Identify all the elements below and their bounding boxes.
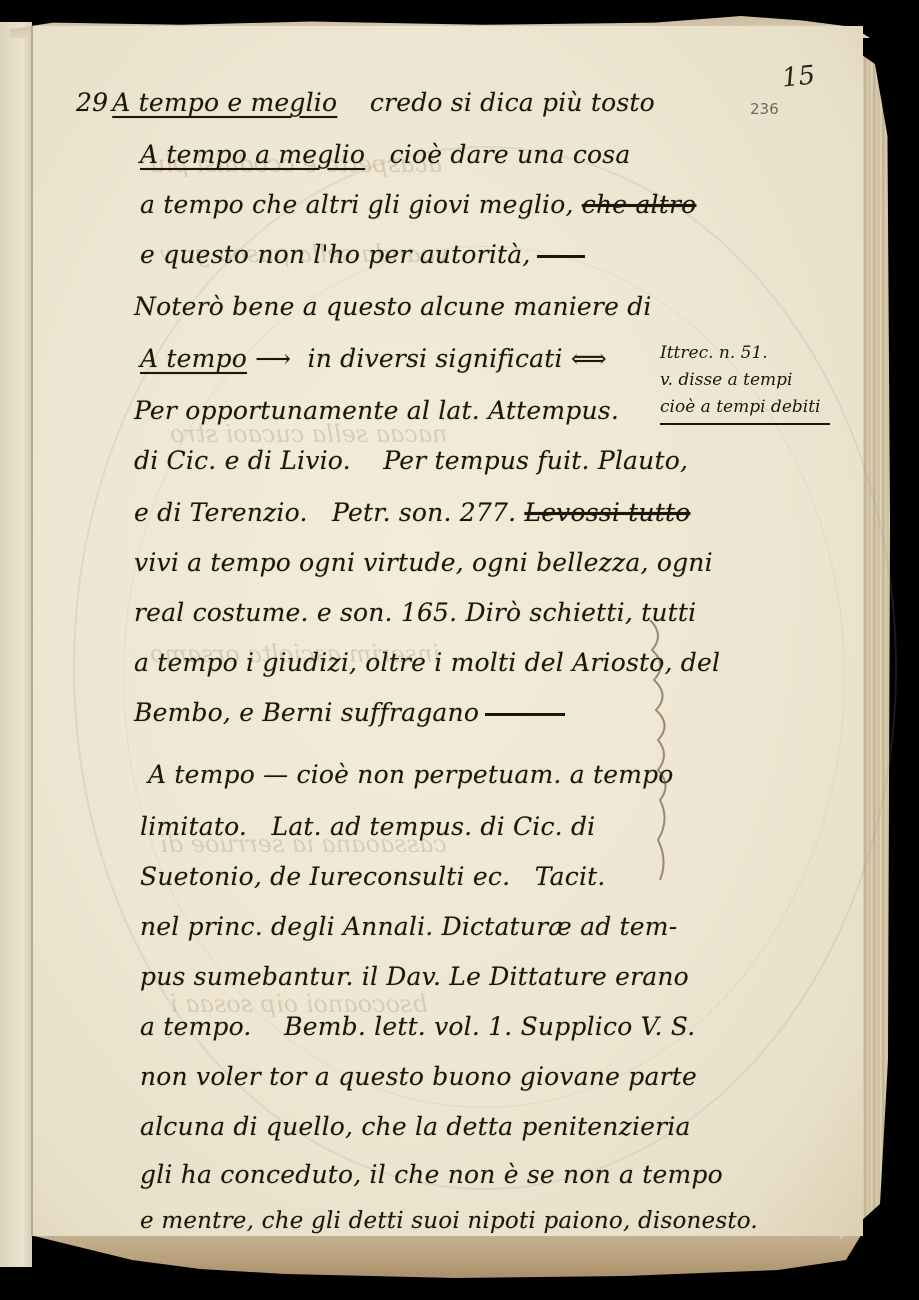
line-text: Suetonio, de Iureconsulti ec. (140, 862, 510, 891)
struck-text: che altro (582, 190, 697, 219)
manuscript-line: gli ha conceduto, il che non è se non a … (140, 1160, 723, 1189)
manuscript-line: 29A tempo e meglio credo si dica più tos… (76, 88, 655, 117)
line-text: vivi a tempo ogni virtude, ogni bellezza… (134, 548, 713, 577)
margin-squiggle-icon (640, 620, 680, 880)
headword: A tempo a meglio (140, 140, 365, 169)
line-text: gli ha conceduto, il che non è se non a … (140, 1160, 723, 1189)
manuscript-line: Suetonio, de Iureconsulti ec. Tacit. (140, 862, 606, 891)
manuscript-line: A tempo — cioè non perpetuam. a tempo (148, 760, 674, 789)
manuscript-line: vivi a tempo ogni virtude, ogni bellezza… (134, 548, 713, 577)
line-text: in diversi significati (308, 344, 563, 373)
manuscript-line: pus sumebantur. il Dav. Le Dittature era… (140, 962, 689, 991)
manuscript-line: A tempo ⟶ in diversi significati ⟺ (140, 344, 607, 373)
line-text: Per tempus fuit. Plauto, (383, 446, 688, 475)
manuscript-line: a tempo i giudizi, oltre i molti del Ari… (134, 648, 720, 677)
manuscript-line: Noterò bene a questo alcune maniere di (134, 292, 652, 321)
manuscript-line: a tempo che altri gli giovi meglio, che … (140, 190, 696, 219)
line-filler-dash (537, 255, 585, 258)
line-text: a tempo che altri gli giovi meglio, (140, 190, 574, 219)
manuscript-line: limitato. Lat. ad tempus. di Cic. di (140, 812, 595, 841)
margin-note-line: v. disse a tempi (660, 367, 830, 394)
line-text: credo si dica più tosto (370, 88, 655, 117)
manuscript-line: a tempo. Bemb. lett. vol. 1. Supplico V.… (140, 1012, 695, 1041)
headword: A tempo e meglio (112, 88, 337, 117)
manuscript-line: Per opportunamente al lat. Attempus. (134, 396, 619, 425)
headword: A tempo (140, 344, 247, 373)
line-text: e di Terenzio. (134, 498, 308, 527)
line-text: pus sumebantur. il Dav. Le Dittature era… (140, 962, 689, 991)
line-text: di Cic. e di Livio. (134, 446, 351, 475)
margin-note: Ittrec. n. 51. v. disse a tempi cioè a t… (660, 340, 830, 425)
manuscript-line: Bembo, e Berni suffragano (134, 698, 571, 727)
manuscript-line: nel princ. degli Annali. Dictaturæ ad te… (140, 912, 677, 941)
struck-text: Levossi tutto (524, 498, 690, 527)
line-text: Tacit. (535, 862, 606, 891)
line-text: cioè non perpetuam. a tempo (297, 760, 674, 789)
line-text: non voler tor a questo buono giovane par… (140, 1062, 697, 1091)
line-text: Lat. ad tempus. di Cic. di (272, 812, 596, 841)
manuscript-line: real costume. e son. 165. Dirò schietti,… (134, 598, 696, 627)
line-text: e questo non l'ho per autorità, (140, 240, 531, 269)
line-text: a tempo. (140, 1012, 252, 1041)
manuscript-line: non voler tor a questo buono giovane par… (140, 1062, 697, 1091)
manuscript-line: e mentre, che gli detti suoi nipoti paio… (140, 1208, 758, 1234)
headword: A tempo (148, 760, 255, 789)
line-text: limitato. (140, 812, 247, 841)
manuscript-line: di Cic. e di Livio. Per tempus fuit. Pla… (134, 446, 688, 475)
line-text: nel princ. degli Annali. Dictaturæ ad te… (140, 912, 677, 941)
line-text: alcuna di quello, che la detta penitenzi… (140, 1112, 691, 1141)
line-text: real costume. e son. 165. Dirò schietti,… (134, 598, 696, 627)
line-filler-dash (485, 713, 565, 716)
line-text: Bemb. lett. vol. 1. Supplico V. S. (284, 1012, 695, 1041)
margin-note-line: cioè a tempi debiti (660, 394, 830, 421)
manuscript-line: e di Terenzio. Petr. son. 277. Levossi t… (134, 498, 690, 527)
line-text: Petr. son. 277. (332, 498, 516, 527)
manuscript-line: alcuna di quello, che la detta penitenzi… (140, 1112, 691, 1141)
transcription-body: 29A tempo e meglio credo si dica più tos… (0, 0, 919, 1300)
line-text: e mentre, che gli detti suoi nipoti paio… (140, 1208, 758, 1234)
margin-note-line: Ittrec. n. 51. (660, 340, 830, 367)
line-text: cioè dare una cosa (390, 140, 631, 169)
manuscript-line: A tempo a meglio cioè dare una cosa (140, 140, 630, 169)
manuscript-line: e questo non l'ho per autorità, (140, 240, 591, 269)
margin-note-underline (660, 423, 830, 425)
line-text: Per opportunamente al lat. Attempus. (134, 396, 619, 425)
entry-number: 29 (76, 88, 108, 117)
line-text: a tempo i giudizi, oltre i molti del Ari… (134, 648, 720, 677)
line-text: Bembo, e Berni suffragano (134, 698, 479, 727)
scan-stage: 15 236 acaspetto e ccodalsi piu voanda s… (0, 0, 919, 1300)
line-text: Noterò bene a questo alcune maniere di (134, 292, 652, 321)
